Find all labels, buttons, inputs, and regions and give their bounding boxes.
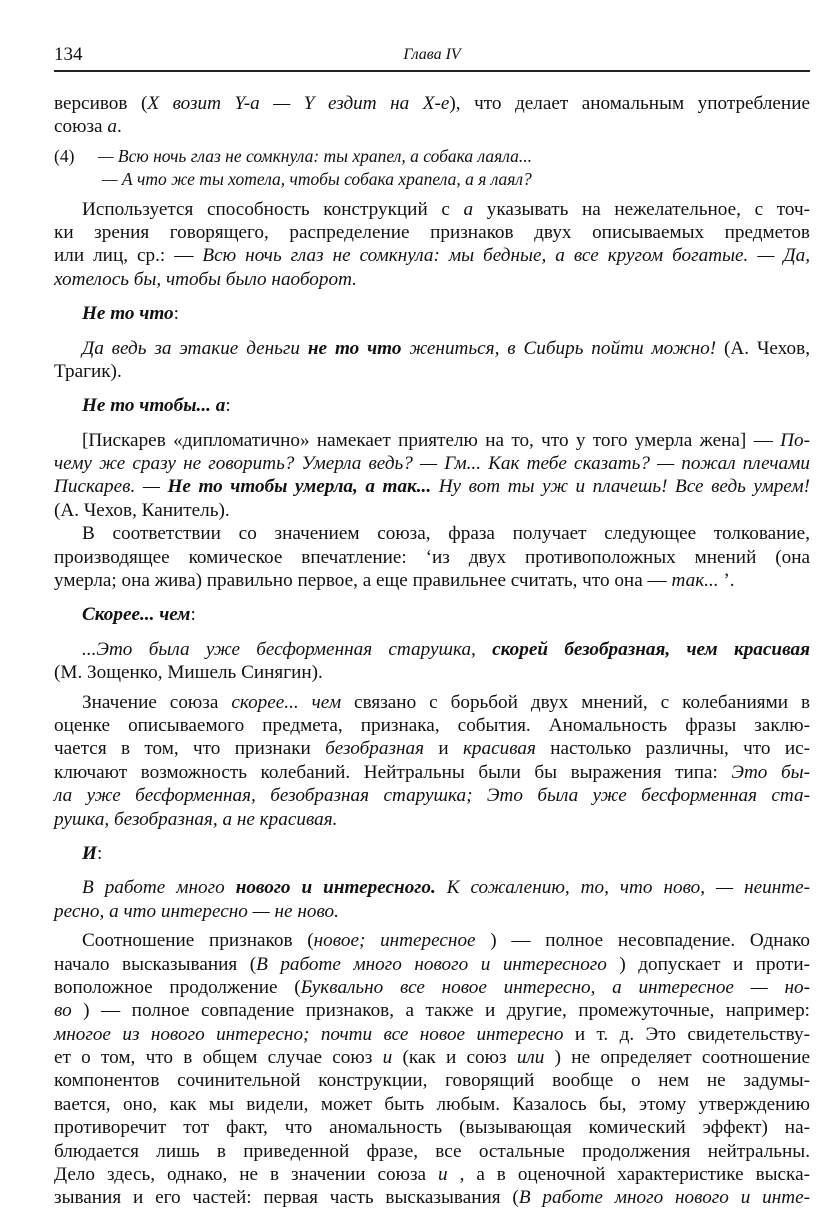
italic-text: В работе много нового и инте-	[519, 1187, 810, 1208]
text-run: ’.	[719, 570, 735, 591]
text-line: В соответствии со значением союза, фраза…	[54, 522, 810, 545]
text-line: противоречит тот факт, что аномальность …	[54, 1116, 810, 1139]
italic-text: — Всю ночь глаз не сомкнула: ты храпел, …	[98, 146, 532, 166]
text-line: Скорее... чем:	[54, 603, 810, 626]
text-run: (А. Чехов,	[716, 338, 810, 359]
italic-text: а	[464, 199, 474, 220]
text-run: [Пискарев «дипломатично» намекает прияте…	[82, 430, 780, 451]
italic-text: красивая	[463, 738, 536, 759]
italic-text: безобразная	[325, 738, 424, 759]
italic-text: жениться, в Сибирь пойти можно!	[401, 338, 716, 359]
text-line: зывания и его частей: первая часть выска…	[54, 1186, 810, 1209]
italic-text: или	[517, 1047, 545, 1068]
text-run: оценке описываемого предмета, признака, …	[54, 715, 810, 736]
paragraph-gap	[54, 831, 810, 842]
paragraph-gap	[54, 418, 810, 429]
italic-text: скорее... чем	[231, 692, 341, 713]
text-line: версивов (X возит Y-а — Y ездит на X-е),…	[54, 92, 810, 115]
italic-text: во	[54, 1000, 72, 1021]
italic-text: Это бы-	[731, 762, 810, 783]
text-line: ключают возможность колебаний. Нейтральн…	[54, 761, 810, 784]
text-line: рушка, безобразная, а не красивая.	[54, 808, 810, 831]
text-run: ), что делает аномальным употребление	[449, 93, 810, 114]
emphasized-term: Не то что	[82, 303, 174, 324]
italic-text: — А что же ты хотела, чтобы собака храпе…	[102, 169, 532, 189]
emphasized-term: Не то чтобы умерла, а так...	[167, 476, 431, 497]
emphasized-term: Не то чтобы... а	[82, 395, 225, 416]
italic-text: По-	[780, 430, 810, 451]
text-line: оценке описываемого предмета, признака, …	[54, 714, 810, 737]
emphasized-term: нового и интересного.	[236, 877, 436, 898]
text-line: Дело здесь, однако, не в значении союза …	[54, 1163, 810, 1186]
text-line: многое из нового интересно; почти все но…	[54, 1023, 810, 1046]
text-line: В работе много нового и интересного. К с…	[54, 876, 810, 899]
italic-text: ла уже бесформенная, безобразная старушк…	[54, 785, 810, 806]
text-run: Соотношение признаков (	[82, 930, 314, 951]
paragraph-gap	[54, 592, 810, 603]
text-run: Используется способность конструкций с	[82, 199, 464, 220]
text-line: (М. Зощенко, Мишель Синягин).	[54, 661, 810, 684]
italic-text: Да ведь за этакие деньги	[82, 338, 308, 359]
text-line: Трагик).	[54, 360, 810, 383]
text-run: версивов (	[54, 93, 147, 114]
paragraph-gap	[54, 627, 810, 638]
text-line: союза а.	[54, 115, 810, 138]
text-run: воположное продолжение (	[54, 977, 301, 998]
text-line: ет о том, что в общем случае союз и (как…	[54, 1046, 810, 1069]
italic-text: и	[438, 1164, 448, 1185]
text-line: ...Это была уже бесформенная старушка, с…	[54, 638, 810, 661]
text-line: Значение союза скорее... чем связано с б…	[54, 691, 810, 714]
text-line: Соотношение признаков (новое; интересное…	[54, 929, 810, 952]
paragraph-gap	[54, 383, 810, 394]
italic-text: В работе много	[82, 877, 236, 898]
italic-text: К сожалению, то, что ново, — неинте-	[436, 877, 810, 898]
text-line: вается, оно, как мы видели, может быть л…	[54, 1093, 810, 1116]
italic-text: рушка, безобразная, а не красивая.	[54, 809, 337, 830]
running-header: 134 Глава IV	[54, 40, 810, 72]
italic-text: Всю ночь глаз не сомкнула: мы бедные, а …	[202, 245, 810, 266]
text-run: Значение союза	[82, 692, 231, 713]
text-run: противоречит тот факт, что аномальность …	[54, 1117, 810, 1138]
text-run: и т. д. Это свидетельству-	[563, 1024, 810, 1045]
text-line: Используется способность конструкций с а…	[54, 198, 810, 221]
text-line: умерла; она жива) правильно первое, а ещ…	[54, 569, 810, 592]
italic-text: хотелось бы, чтобы было наоборот.	[54, 269, 357, 290]
text-run: компонентов сочинительной конструкции, г…	[54, 1070, 810, 1091]
italic-text: а	[107, 116, 117, 137]
italic-text: X возит Y-а — Y ездит на X-е	[147, 93, 449, 114]
text-run: :	[225, 395, 230, 416]
book-page: 134 Глава IV версивов (X возит Y-а — Y е…	[54, 40, 810, 72]
text-run: Дело здесь, однако, не в значении союза	[54, 1164, 438, 1185]
chapter-title: Глава IV	[54, 46, 810, 64]
text-line: И:	[54, 842, 810, 865]
text-run: союза	[54, 116, 107, 137]
italic-text: чему же сразу не говорить? Умерла ведь? …	[54, 453, 810, 474]
text-line: производящее комическое впечатление: ‘из…	[54, 546, 810, 569]
text-run: (М. Зощенко, Мишель Синягин).	[54, 662, 323, 683]
text-line: Не то чтобы... а:	[54, 394, 810, 417]
text-line: начало высказывания (В работе много ново…	[54, 953, 810, 976]
text-line: блюдается лишь в приведенной фразе, все …	[54, 1140, 810, 1163]
text-run: (как и союз	[392, 1047, 517, 1068]
text-line: или лиц, ср.: — Всю ночь глаз не сомкнул…	[54, 244, 810, 267]
text-line: [Пискарев «дипломатично» намекает прияте…	[54, 429, 810, 452]
text-run: или лиц, ср.: —	[54, 245, 202, 266]
text-line: воположное продолжение (Буквально все но…	[54, 976, 810, 999]
italic-text: новое; интересное	[314, 930, 476, 951]
text-line: — А что же ты хотела, чтобы собака храпе…	[54, 168, 810, 191]
page-body-text: версивов (X возит Y-а — Y ездит на X-е),…	[54, 92, 810, 1210]
text-run: ) — полное совпадение признаков, а также…	[72, 1000, 810, 1021]
text-run: вается, оно, как мы видели, может быть л…	[54, 1094, 810, 1115]
text-run: настолько различны, что ис-	[536, 738, 810, 759]
emphasized-term: И	[82, 843, 97, 864]
italic-text: многое из нового интересно; почти все но…	[54, 1024, 563, 1045]
text-run: умерла; она жива) правильно первое, а ещ…	[54, 570, 672, 591]
text-run: чается в том, что признаки	[54, 738, 325, 759]
text-line: чается в том, что признаки безобразная и…	[54, 737, 810, 760]
text-run: ки зрения говорящего, распределение приз…	[54, 222, 810, 243]
text-line: чему же сразу не говорить? Умерла ведь? …	[54, 452, 810, 475]
italic-text: В работе много нового и интересного	[256, 954, 607, 975]
text-run: ключают возможность колебаний. Нейтральн…	[54, 762, 731, 783]
italic-text: Буквально все новое интересно, а интерес…	[301, 977, 810, 998]
text-line: (А. Чехов, Канитель).	[54, 499, 810, 522]
text-run: зывания и его частей: первая часть выска…	[54, 1187, 519, 1208]
italic-text: так...	[672, 570, 719, 591]
text-line: ки зрения говорящего, распределение приз…	[54, 221, 810, 244]
text-run: блюдается лишь в приведенной фразе, все …	[54, 1141, 810, 1162]
italic-text: Пискарев. —	[54, 476, 167, 497]
text-run: (А. Чехов, Канитель).	[54, 500, 230, 521]
italic-text: и	[383, 1047, 393, 1068]
emphasized-term: не то что	[308, 338, 402, 359]
text-run: и	[424, 738, 463, 759]
italic-text: Ну вот ты уж и плачешь! Все ведь умрем!	[431, 476, 810, 497]
text-line: Пискарев. — Не то чтобы умерла, а так...…	[54, 475, 810, 498]
text-run: начало высказывания (	[54, 954, 256, 975]
text-run: ет о том, что в общем случае союз	[54, 1047, 383, 1068]
text-run: Трагик).	[54, 361, 122, 382]
example-number: (4)	[54, 145, 98, 168]
text-line: (4)— Всю ночь глаз не сомкнула: ты храпе…	[54, 145, 810, 168]
text-run: В соответствии со значением союза, фраза…	[82, 523, 810, 544]
text-line: во ) — полное совпадение признаков, а та…	[54, 999, 810, 1022]
text-run: .	[117, 116, 122, 137]
text-run: указывать на нежелательное, с точ-	[473, 199, 810, 220]
text-run: ) — полное несовпадение. Однако	[476, 930, 810, 951]
text-run: ) допускает и проти-	[607, 954, 810, 975]
text-line: Не то что:	[54, 302, 810, 325]
text-line: хотелось бы, чтобы было наоборот.	[54, 268, 810, 291]
text-run: , а в оценочной характеристике выска-	[448, 1164, 810, 1185]
italic-text: ...Это была уже бесформенная старушка,	[82, 639, 492, 660]
text-run: связано с борьбой двух мнений, с колебан…	[341, 692, 810, 713]
paragraph-gap	[54, 291, 810, 302]
text-line: ресно, а что интересно — не ново.	[54, 900, 810, 923]
text-line: Да ведь за этакие деньги не то что женит…	[54, 337, 810, 360]
text-run: :	[190, 604, 195, 625]
text-line: компонентов сочинительной конструкции, г…	[54, 1069, 810, 1092]
paragraph-gap	[54, 865, 810, 876]
italic-text: ресно, а что интересно — не ново.	[54, 901, 339, 922]
emphasized-term: скорей безобразная, чем красивая	[492, 639, 810, 660]
text-run: ) не определяет соотношение	[544, 1047, 810, 1068]
text-line: ла уже бесформенная, безобразная старушк…	[54, 784, 810, 807]
emphasized-term: Скорее... чем	[82, 604, 190, 625]
text-run: :	[174, 303, 179, 324]
paragraph-gap	[54, 326, 810, 337]
text-run: :	[97, 843, 102, 864]
text-run: производящее комическое впечатление: ‘из…	[54, 547, 810, 568]
